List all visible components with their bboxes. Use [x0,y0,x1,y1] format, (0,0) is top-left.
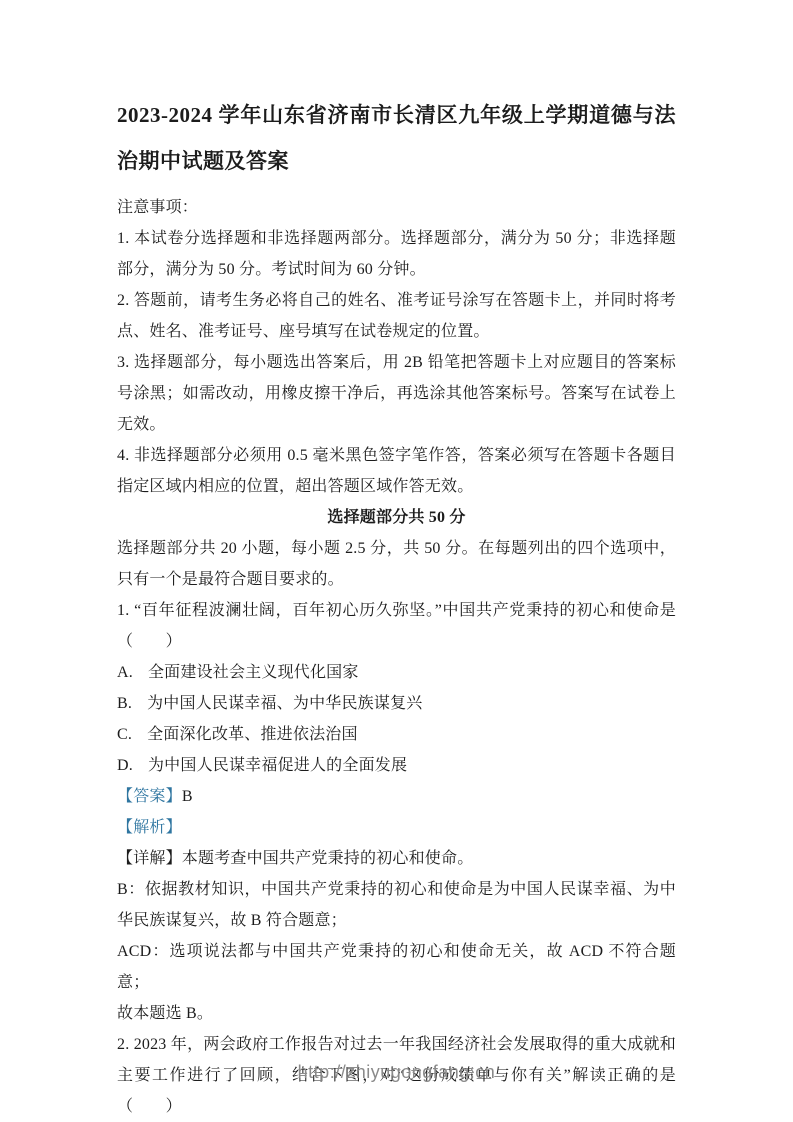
exam-document-page: { "page": { "title": "2023-2024 学年山东省济南市… [0,0,793,1122]
option-label: D. [117,750,133,781]
section-intro: 选择题部分共 20 小题，每小题 2.5 分，共 50 分。在每题列出的四个选项… [117,533,676,595]
detail-paragraph-1: 【详解】本题考查中国共产党秉持的初心和使命。 [117,843,676,874]
answer-label: 【答案】 [117,788,182,805]
question-1-option-d: D. 为中国人民谋幸福促进人的全面发展 [117,750,676,781]
question-1-option-a: A. 全面建设社会主义现代化国家 [117,657,676,688]
notice-item-1: 1. 本试卷分选择题和非选择题两部分。选择题部分，满分为 50 分；非选择题部分… [117,223,676,285]
notice-heading: 注意事项： [117,192,676,223]
option-label: B. [117,688,132,719]
notice-item-2: 2. 答题前，请考生务必将自己的姓名、准考证号涂写在答题卡上，并同时将考点、姓名… [117,285,676,347]
answer-line: 【答案】B [117,781,676,812]
notice-item-4: 4. 非选择题部分必须用 0.5 毫米黑色签字笔作答，答案必须写在答题卡各题目指… [117,440,676,502]
notice-item-3: 3. 选择题部分，每小题选出答案后，用 2B 铅笔把答题卡上对应题目的答案标号涂… [117,347,676,440]
analysis-label: 【解析】 [117,819,182,836]
analysis-line: 【解析】 [117,812,676,843]
page-title: 2023-2024 学年山东省济南市长清区九年级上学期道德与法治期中试题及答案 [117,92,676,184]
detail-paragraph-2: B：依据教材知识，中国共产党秉持的初心和使命是为中国人民谋幸福、为中华民族谋复兴… [117,874,676,936]
option-label: C. [117,719,132,750]
detail-paragraph-3: ACD：选项说法都与中国共产党秉持的初心和使命无关，故 ACD 不符合题意； [117,936,676,998]
option-label: A. [117,657,133,688]
option-text: 为中国人民谋幸福、为中华民族谋复兴 [147,688,676,719]
detail-paragraph-4: 故本题选 B。 [117,998,676,1029]
section-heading: 选择题部分共 50 分 [117,502,676,533]
question-1-option-c: C. 全面深化改革、推进依法治国 [117,719,676,750]
question-1-option-b: B. 为中国人民谋幸福、为中华民族谋复兴 [117,688,676,719]
option-text: 全面建设社会主义现代化国家 [148,657,676,688]
footer-url: http://zhiyugongfang.cn [0,1062,793,1083]
option-text: 为中国人民谋幸福促进人的全面发展 [148,750,676,781]
question-1-stem: 1. “百年征程波澜壮阔，百年初心历久弥坚。”中国共产党秉持的初心和使命是（ ） [117,595,676,657]
option-text: 全面深化改革、推进依法治国 [147,719,676,750]
answer-value: B [182,788,193,805]
document-body: 2023-2024 学年山东省济南市长清区九年级上学期道德与法治期中试题及答案 … [0,0,793,1122]
